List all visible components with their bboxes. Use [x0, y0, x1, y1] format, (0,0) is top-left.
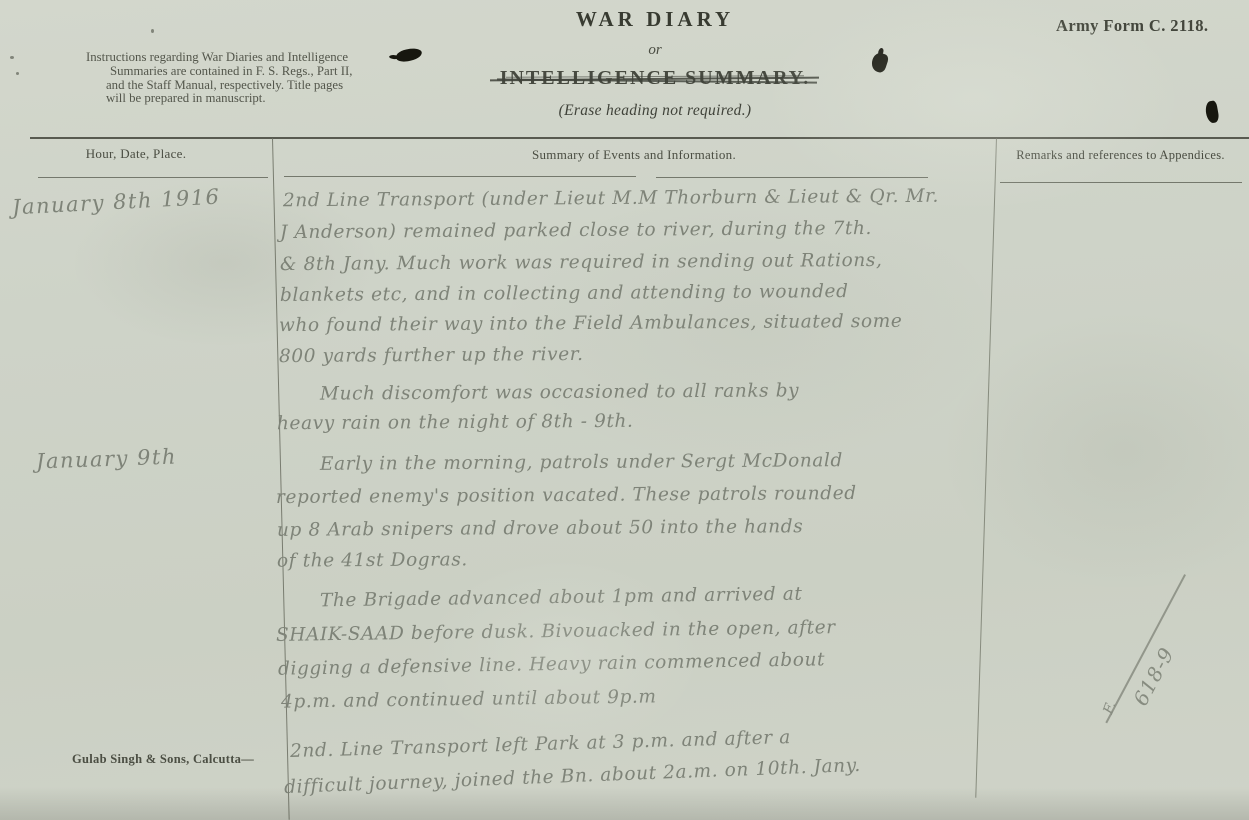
struck-heading: INTELLIGENCE SUMMARY.	[500, 67, 811, 90]
column-header-remarks: Remarks and references to Appendices.	[992, 148, 1249, 163]
header-underline	[656, 177, 928, 178]
remarks-annotation: 618-9	[1128, 643, 1179, 710]
diary-line: who found their way into the Field Ambul…	[279, 311, 902, 336]
diary-line: heavy rain on the night of 8th - 9th.	[277, 411, 634, 434]
diary-line: The Brigade advanced about 1pm and arriv…	[320, 584, 803, 612]
instructions-line: and the Staff Manual, respectively. Titl…	[86, 79, 416, 93]
instructions-line: Summaries are contained in F. S. Regs., …	[86, 65, 416, 79]
heading-or: or	[380, 42, 930, 59]
diary-line: 2nd Line Transport (under Lieut M.M Thor…	[283, 186, 939, 212]
column-header-hour-date-place: Hour, Date, Place.	[0, 146, 272, 162]
header-underline	[284, 176, 636, 177]
page-title: WAR DIARY	[380, 7, 930, 32]
header-underline	[38, 177, 268, 178]
war-diary-scanned-page: Army Form C. 2118. WAR DIARY or INTELLIG…	[0, 0, 1249, 820]
diary-line: J Anderson) remained parked close to riv…	[280, 218, 872, 243]
diary-line: of the 41st Dogras.	[277, 549, 468, 571]
ink-blot	[1204, 100, 1220, 124]
diary-line: blankets etc, and in collecting and atte…	[280, 281, 849, 306]
header-underline	[1000, 182, 1242, 183]
diary-line: 4p.m. and continued until about 9p.m	[281, 686, 657, 712]
instructions-line: Instructions regarding War Diaries and I…	[86, 51, 416, 65]
diary-line: reported enemy's position vacated. These…	[276, 483, 857, 508]
column-divider	[975, 138, 997, 798]
diary-line: SHAIK-SAAD before dusk. Bivouacked in th…	[276, 617, 836, 646]
instructions-note: Instructions regarding War Diaries and I…	[86, 51, 416, 106]
paper-speck	[16, 72, 19, 75]
diary-line: Much discomfort was occasioned to all ra…	[320, 380, 799, 404]
form-number: Army Form C. 2118.	[1056, 16, 1208, 36]
struck-heading-text: INTELLIGENCE SUMMARY.	[500, 67, 811, 89]
diary-line: up 8 Arab snipers and drove about 50 int…	[277, 516, 803, 541]
diary-line: 2nd. Line Transport left Park at 3 p.m. …	[290, 727, 791, 762]
form-heading-block: WAR DIARY or INTELLIGENCE SUMMARY. (Eras…	[380, 0, 930, 120]
paper-speck	[10, 56, 14, 59]
column-header-summary: Summary of Events and Information.	[272, 147, 996, 163]
instructions-line: will be prepared in manuscript.	[86, 92, 416, 106]
diary-line: digging a defensive line. Heavy rain com…	[278, 649, 825, 680]
entry-date-january-9: January 9th	[36, 445, 178, 474]
entry-date-january-8: January 8th 1916	[12, 185, 222, 220]
diary-line: Early in the morning, patrols under Serg…	[320, 450, 843, 475]
erase-note: (Erase heading not required.)	[380, 102, 930, 120]
table-top-rule	[30, 137, 1249, 139]
printer-imprint: Gulab Singh & Sons, Calcutta—	[72, 752, 254, 767]
diary-line: 800 yards further up the river.	[279, 344, 584, 367]
diary-line: difficult journey, joined the Bn. about …	[284, 755, 861, 798]
diary-line: & 8th Jany. Much work was required in se…	[280, 250, 883, 275]
paper-speck	[151, 29, 154, 33]
